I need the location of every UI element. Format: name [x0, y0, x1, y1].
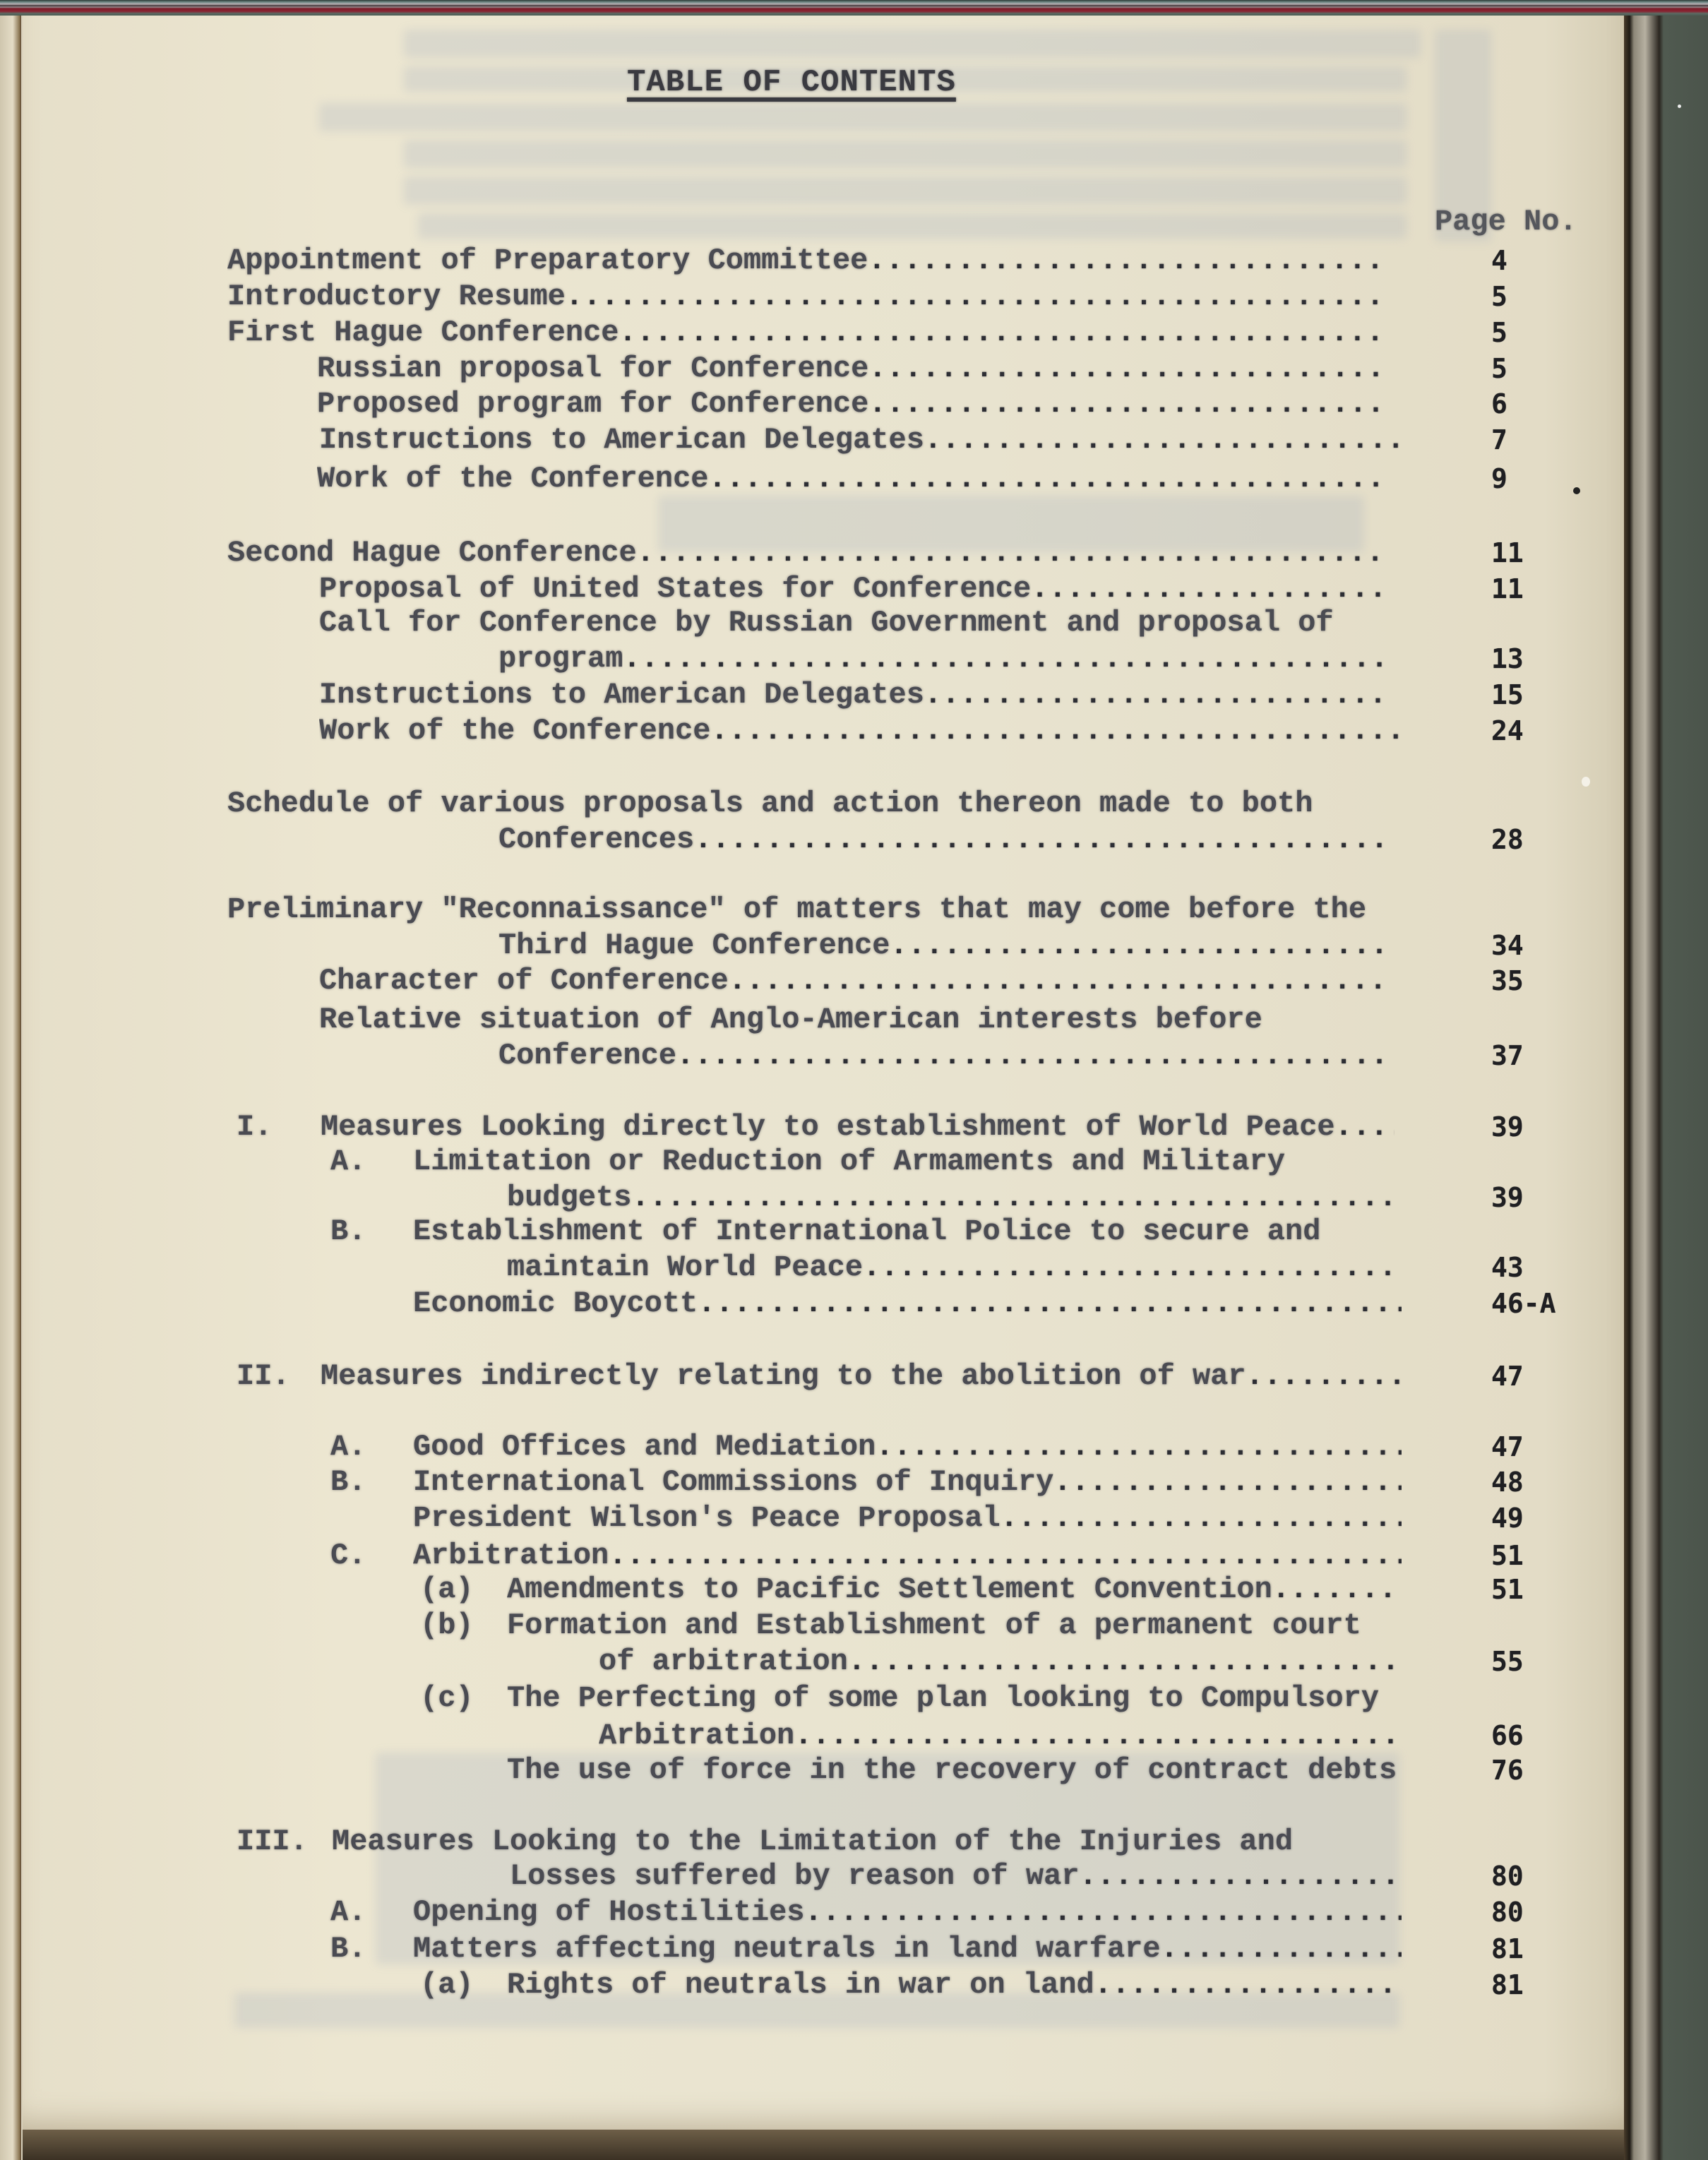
toc-entry-title: Rights of neutrals in war on land: [507, 1967, 1094, 2003]
toc-entry-marker: II.: [237, 1358, 290, 1395]
dot-leader: ....................................: [794, 1717, 1402, 1754]
dot-leader: ............................: [924, 676, 1387, 713]
toc-entry-marker: I.: [237, 1109, 272, 1145]
toc-entry: Conference..............................…: [0, 1037, 1708, 1074]
toc-entry-page-number: 55: [1491, 1643, 1524, 1680]
toc-entry-page-number: 5: [1491, 314, 1507, 351]
toc-entry: Proposal of United States for Conference…: [0, 571, 1708, 607]
dot-leader: ..............................: [868, 350, 1384, 387]
toc-entry: Losses suffered by reason of war........…: [0, 1858, 1708, 1895]
dot-leader: .......................................: [708, 460, 1384, 497]
bleed-through: [319, 103, 1407, 131]
toc-entry-page-number: 34: [1491, 927, 1524, 964]
toc-entry-page-number: 13: [1491, 640, 1524, 677]
page-title: TABLE OF CONTENTS: [627, 65, 956, 100]
binding-strip: [0, 0, 1708, 16]
toc-entry-page-number: 39: [1491, 1109, 1524, 1145]
toc-entry-page-number: 43: [1491, 1249, 1524, 1286]
toc-entry: Appointment of Preparatory Committee....…: [0, 242, 1708, 279]
toc-entry: (b)Formation and Establishment of a perm…: [0, 1607, 1708, 1644]
toc-entry: budgets.................................…: [0, 1179, 1708, 1216]
toc-entry-page-number: 49: [1491, 1500, 1524, 1537]
dot-leader: ........................................…: [609, 1537, 1402, 1574]
page-number-column-header: Page No.: [1435, 205, 1577, 239]
toc-entry-title: Instructions to American Delegates: [319, 676, 924, 713]
toc-entry-marker: (c): [420, 1680, 474, 1717]
toc-entry: program.................................…: [0, 640, 1708, 677]
toc-entry-page-number: 39: [1491, 1179, 1524, 1216]
dot-leader: .................................: [848, 1643, 1402, 1680]
dot-leader: ...............: [1160, 1931, 1402, 1967]
dot-leader: ........................: [1001, 1500, 1402, 1537]
toc-entry-title: Third Hague Conference: [498, 927, 890, 964]
toc-entry: Economic Boycott........................…: [0, 1285, 1708, 1322]
toc-entry-title: First Hague Conference: [227, 314, 619, 351]
toc-entry-page-number: 47: [1491, 1358, 1524, 1395]
toc-entry-title: The Perfecting of some plan looking to C…: [507, 1680, 1379, 1717]
toc-entry-title: Measures Looking to the Limitation of th…: [332, 1823, 1293, 1860]
dot-leader: .............................: [924, 422, 1405, 458]
toc-entry: Character of Conference.................…: [0, 962, 1708, 999]
toc-entry-title: Economic Boycott: [413, 1285, 698, 1322]
toc-entry-title: Measures indirectly relating to the abol…: [321, 1358, 1246, 1395]
toc-entry: Second Hague Conference.................…: [0, 535, 1708, 571]
toc-entry-title: maintain World Peace: [507, 1249, 863, 1286]
bleed-through: [404, 30, 1421, 58]
toc-entry-title: Good Offices and Mediation: [413, 1428, 876, 1465]
toc-entry-title: Character of Conference: [319, 962, 729, 999]
toc-entry-title: Opening of Hostilities: [413, 1894, 805, 1931]
toc-entry-page-number: 5: [1491, 350, 1507, 387]
toc-entry-marker: A.: [330, 1143, 366, 1180]
toc-entry: (a)Amendments to Pacific Settlement Conv…: [0, 1571, 1708, 1608]
toc-entry-title: Arbitration: [413, 1537, 609, 1574]
toc-entry-page-number: 11: [1491, 571, 1524, 607]
dot-leader: ........................................…: [631, 1179, 1402, 1216]
toc-entry-marker: C.: [330, 1537, 366, 1574]
toc-entry: Preliminary "Reconnaissance" of matters …: [0, 891, 1708, 928]
toc-entry: President Wilson's Peace Proposal.......…: [0, 1500, 1708, 1537]
paper-fleck: [1582, 777, 1590, 787]
toc-entry-marker: (b): [420, 1607, 474, 1644]
toc-entry-page-number: 51: [1491, 1537, 1524, 1574]
toc-entry-page-number: 48: [1491, 1464, 1524, 1500]
dot-leader: .......................................: [729, 962, 1387, 999]
toc-entry-page-number: 81: [1491, 1931, 1524, 1967]
toc-entry-title: Measures Looking directly to establishme…: [321, 1109, 1335, 1145]
toc-entry-title: Instructions to American Delegates: [319, 422, 924, 458]
dot-leader: ....................: [1079, 1858, 1402, 1895]
dot-leader: ...............................: [876, 1428, 1402, 1465]
dot-leader: ........................................…: [676, 1037, 1387, 1074]
toc-entry: Schedule of various proposals and action…: [0, 785, 1708, 822]
toc-entry-page-number: 28: [1491, 821, 1524, 858]
toc-entry-title: Work of the Conference: [317, 460, 709, 497]
toc-entry-title: Arbitration: [599, 1717, 794, 1754]
dot-leader: ........................................…: [619, 314, 1384, 351]
toc-entry-marker: A.: [330, 1428, 366, 1465]
toc-entry-marker: B.: [330, 1213, 366, 1250]
toc-entry: B.International Commissions of Inquiry..…: [0, 1464, 1708, 1500]
dot-leader: ...................................: [804, 1894, 1402, 1931]
toc-entry-marker: (a): [420, 1571, 474, 1608]
toc-entry-page-number: 5: [1491, 278, 1507, 315]
toc-entry-page-number: 24: [1491, 712, 1524, 749]
dot-leader: ........................................…: [637, 535, 1384, 571]
bleed-through: [404, 177, 1407, 205]
toc-entry-title: Amendments to Pacific Settlement Convent…: [507, 1571, 1272, 1608]
toc-entry: Work of the Conference..................…: [0, 712, 1708, 749]
toc-entry: Instructions to American Delegates......…: [0, 422, 1708, 458]
toc-entry: B.Establishment of International Police …: [0, 1213, 1708, 1250]
toc-entry-page-number: 7: [1491, 422, 1507, 458]
toc-entry-marker: B.: [330, 1464, 366, 1500]
toc-entry-page-number: 47: [1491, 1428, 1524, 1465]
toc-entry-title: Conference: [498, 1037, 676, 1074]
toc-entry-page-number: 37: [1491, 1037, 1524, 1074]
toc-entry: First Hague Conference..................…: [0, 314, 1708, 351]
toc-entry-title: Introductory Resume: [227, 278, 566, 315]
dot-leader: ...................: [1094, 1967, 1402, 2003]
toc-entry: Conferences.............................…: [0, 821, 1708, 858]
dot-leader: .....: [1334, 1109, 1395, 1145]
toc-entry-page-number: 80: [1491, 1894, 1524, 1931]
toc-entry-marker: A.: [330, 1894, 366, 1931]
dot-leader: .........: [1272, 1571, 1402, 1608]
toc-entry-title: Limitation or Reduction of Armaments and…: [413, 1143, 1285, 1180]
toc-entry: A.Good Offices and Mediation............…: [0, 1428, 1708, 1465]
dot-leader: ........................................…: [566, 278, 1384, 315]
toc-entry-title: International Commissions of Inquiry: [413, 1464, 1053, 1500]
toc-entry-page-number: 6: [1491, 386, 1507, 422]
toc-entry-page-number: 35: [1491, 962, 1524, 999]
toc-entry-page-number: 15: [1491, 676, 1524, 713]
toc-entry-page-number: 51: [1491, 1571, 1524, 1608]
toc-entry: Relative situation of Anglo-American int…: [0, 1001, 1708, 1038]
toc-entry: I.Measures Looking directly to establish…: [0, 1109, 1708, 1145]
dot-leader: .............................: [890, 927, 1387, 964]
toc-entry-title: President Wilson's Peace Proposal: [413, 1500, 1001, 1537]
toc-entry: B.Matters affecting neutrals in land war…: [0, 1931, 1708, 1967]
toc-entry: Instructions to American Delegates......…: [0, 676, 1708, 713]
paper-fleck: [1573, 487, 1580, 494]
toc-entry-title: Schedule of various proposals and action…: [227, 785, 1313, 822]
toc-entry: (a)Rights of neutrals in war on land....…: [0, 1967, 1708, 2003]
toc-entry-marker: B.: [330, 1931, 366, 1967]
dot-leader: ..........: [1246, 1358, 1402, 1395]
paper-fleck: [1678, 105, 1681, 108]
toc-entry: Proposed program for Conference.........…: [0, 386, 1708, 422]
dot-leader: ..............................: [868, 386, 1384, 422]
toc-entry-title: Second Hague Conference: [227, 535, 637, 571]
toc-entry-title: Appointment of Preparatory Committee: [227, 242, 868, 279]
toc-entry: (c)The Perfecting of some plan looking t…: [0, 1680, 1708, 1717]
toc-entry: Call for Conference by Russian Governmen…: [0, 604, 1708, 641]
toc-entry-page-number: 9: [1491, 460, 1507, 497]
toc-entry: Introductory Resume.....................…: [0, 278, 1708, 315]
toc-entry-title: Proposed program for Conference: [317, 386, 868, 422]
bleed-through: [404, 140, 1407, 168]
toc-entry: Third Hague Conference..................…: [0, 927, 1708, 964]
toc-entry: Work of the Conference..................…: [0, 460, 1708, 497]
toc-entry-page-number: 66: [1491, 1717, 1524, 1754]
dot-leader: ........................................…: [698, 1285, 1402, 1322]
dot-leader: ........................................…: [710, 712, 1405, 749]
dot-leader: ........................................…: [623, 640, 1387, 677]
toc-entry: The use of force in the recovery of cont…: [0, 1752, 1708, 1789]
toc-entry: II.Measures indirectly relating to the a…: [0, 1358, 1708, 1395]
toc-entry-page-number: 4: [1491, 242, 1507, 279]
toc-entry: A.Opening of Hostilities................…: [0, 1894, 1708, 1931]
toc-entry-title: of arbitration: [599, 1643, 848, 1680]
dot-leader: .....................: [1031, 571, 1384, 607]
toc-entry-marker: (a): [420, 1967, 474, 2003]
toc-entry-title: Formation and Establishment of a permane…: [507, 1607, 1361, 1644]
toc-entry-title: Proposal of United States for Conference: [319, 571, 1031, 607]
toc-entry-title: Russian proposal for Conference: [317, 350, 868, 387]
toc-entry-title: Matters affecting neutrals in land warfa…: [413, 1931, 1161, 1967]
dot-leader: ........................................: [694, 821, 1384, 858]
toc-entry-title: Call for Conference by Russian Governmen…: [319, 604, 1334, 641]
dot-leader: .....................: [1053, 1464, 1402, 1500]
toc-entry-title: Preliminary "Reconnaissance" of matters …: [227, 891, 1366, 928]
toc-entry: C.Arbitration...........................…: [0, 1537, 1708, 1574]
toc-entry-page-number: 81: [1491, 1967, 1524, 2003]
toc-entry-title: Relative situation of Anglo-American int…: [319, 1001, 1262, 1038]
toc-entry-title: The use of force in the recovery of cont…: [507, 1752, 1397, 1789]
toc-entry: maintain World Peace....................…: [0, 1249, 1708, 1286]
dot-leader: ................................: [863, 1249, 1402, 1286]
toc-entry-page-number: 76: [1491, 1752, 1524, 1789]
toc-entry-title: budgets: [507, 1179, 631, 1216]
toc-entry-title: Work of the Conference: [319, 712, 711, 749]
toc-entry: Arbitration.............................…: [0, 1717, 1708, 1754]
toc-entry-title: Losses suffered by reason of war: [510, 1858, 1080, 1895]
bleed-through: [418, 213, 1407, 239]
toc-entry: III.Measures Looking to the Limitation o…: [0, 1823, 1708, 1860]
toc-entry-marker: III.: [237, 1823, 308, 1860]
toc-entry: of arbitration..........................…: [0, 1643, 1708, 1680]
toc-entry-page-number: 46-A: [1491, 1285, 1556, 1322]
toc-entry: A.Limitation or Reduction of Armaments a…: [0, 1143, 1708, 1180]
toc-entry: Russian proposal for Conference.........…: [0, 350, 1708, 387]
toc-entry-title: Conferences: [498, 821, 694, 858]
toc-entry-title: Establishment of International Police to…: [413, 1213, 1320, 1250]
toc-entry-page-number: 11: [1491, 535, 1524, 571]
toc-entry-title: program: [498, 640, 623, 677]
toc-entry-page-number: 80: [1491, 1858, 1524, 1895]
page-bottom-shadow: [23, 2130, 1624, 2160]
dot-leader: ...............................: [868, 242, 1384, 279]
